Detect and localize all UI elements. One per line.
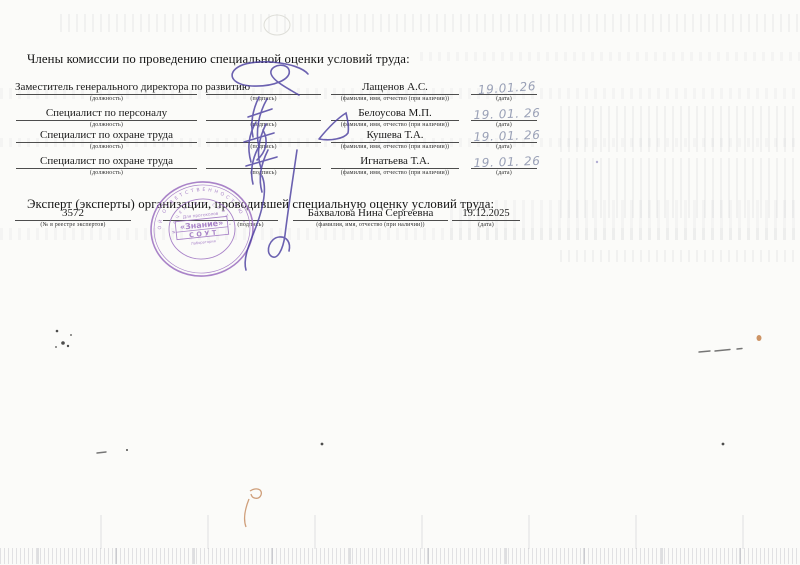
ink-dot	[596, 161, 598, 163]
dust-speck	[67, 345, 69, 347]
position-text: Специалист по охране труда	[16, 155, 197, 167]
name-field: Лащенов А.С. (фамилия, имя, отчество (пр…	[331, 75, 459, 95]
registry-number-field: 3572 (№ в реестре экспертов)	[15, 201, 131, 221]
position-field: Специалист по охране труда (должность)	[16, 123, 197, 143]
date-field: 19. 01. 26 (дата)	[471, 123, 537, 143]
scan-edge-noise	[0, 548, 800, 564]
expert-date-line	[452, 220, 520, 221]
scan-noise-band	[560, 106, 800, 152]
orange-speck	[757, 335, 762, 341]
date-field: 19. 01. 26 (дата)	[471, 101, 537, 121]
signature-line	[206, 142, 321, 143]
dust-speck	[321, 443, 324, 446]
registry-number-caption: (№ в реестре экспертов)	[0, 222, 153, 228]
name-line	[331, 94, 459, 95]
rust-mark	[245, 489, 262, 527]
scan-noise-band	[560, 250, 800, 262]
expert-name-text: Бахвалова Нина Сергеевна	[293, 207, 448, 219]
position-line	[16, 142, 197, 143]
dust-speck	[61, 341, 65, 345]
scan-noise-streaks	[0, 515, 800, 549]
position-text: Специалист по персоналу	[16, 107, 197, 119]
name-field: Белоусова М.П. (фамилия, имя, отчество (…	[331, 101, 459, 121]
position-field: Специалист по персоналу (должность)	[16, 101, 197, 121]
stamp-outer-ring	[146, 177, 257, 281]
scan-noise-band	[560, 158, 800, 218]
signature-field: (подпись)	[206, 101, 321, 121]
dust-speck	[722, 443, 725, 446]
commission-section-title: Члены комиссии по проведению специальной…	[27, 52, 410, 67]
stamp-line-bottom: Лаборатория	[191, 239, 216, 246]
dust-speck	[56, 330, 59, 333]
date-line	[471, 168, 537, 169]
name-text: Белоусова М.П.	[331, 107, 459, 119]
date-line	[471, 142, 537, 143]
name-text: Кушева Т.А.	[331, 129, 459, 141]
dust-speck	[70, 334, 72, 336]
date-line	[471, 120, 537, 121]
expert-date-field: 19.12.2025 (дата)	[452, 201, 520, 221]
position-field: Заместитель генерального директора по ра…	[16, 75, 197, 95]
name-field: Кушева Т.А. (фамилия, имя, отчество (при…	[331, 123, 459, 143]
round-stamp-znanie-sout: ОБЩЕСТВО С ОГРАНИЧЕННОЙ ОТВЕТСТВЕННОСТЬЮ…	[142, 174, 262, 285]
stamp-middle-ring	[150, 180, 255, 278]
faint-ring-artifact	[264, 15, 290, 35]
position-field: Специалист по охране труда (должность)	[16, 149, 197, 169]
registry-number-line	[15, 220, 131, 221]
expert-name-field: Бахвалова Нина Сергеевна (фамилия, имя, …	[293, 201, 448, 221]
name-text: Лащенов А.С.	[331, 81, 459, 93]
name-line	[331, 142, 459, 143]
name-field: Игнатьева Т.А. (фамилия, имя, отчество (…	[331, 149, 459, 169]
date-line	[471, 94, 537, 95]
pencil-dash	[97, 452, 106, 453]
dust-speck	[55, 346, 57, 348]
scan-noise-band	[420, 52, 800, 61]
date-field: 19. 01. 26 (дата)	[471, 149, 537, 169]
name-line	[331, 168, 459, 169]
position-line	[16, 94, 197, 95]
signature-line	[206, 94, 321, 95]
expert-date-caption: (дата)	[430, 222, 542, 228]
expert-name-line	[293, 220, 448, 221]
signature-field: (подпись)	[206, 123, 321, 143]
signature-field: (подпись)	[206, 75, 321, 95]
name-text: Игнатьева Т.А.	[331, 155, 459, 167]
expert-signature-line	[163, 220, 278, 221]
signature-field: (подпись)	[206, 149, 321, 169]
expert-signature-field: (подпись)	[163, 201, 278, 221]
position-line	[16, 120, 197, 121]
position-text: Специалист по охране труда	[16, 129, 197, 141]
stamp-name-sub: СОУТ	[189, 228, 219, 239]
scanned-document-page: Члены комиссии по проведению специальной…	[0, 0, 800, 565]
scan-noise-band	[60, 14, 800, 32]
date-caption: (дата)	[449, 170, 559, 176]
date-field: 19.01.26 (дата)	[471, 75, 537, 95]
position-line	[16, 168, 197, 169]
scan-noise-band	[0, 228, 800, 240]
signature-line	[206, 168, 321, 169]
expert-date-text: 19.12.2025	[452, 208, 520, 219]
pencil-dashes	[699, 349, 742, 353]
signature-line	[206, 120, 321, 121]
dust-speck	[126, 449, 128, 451]
registry-number-text: 3572	[15, 207, 131, 219]
name-line	[331, 120, 459, 121]
